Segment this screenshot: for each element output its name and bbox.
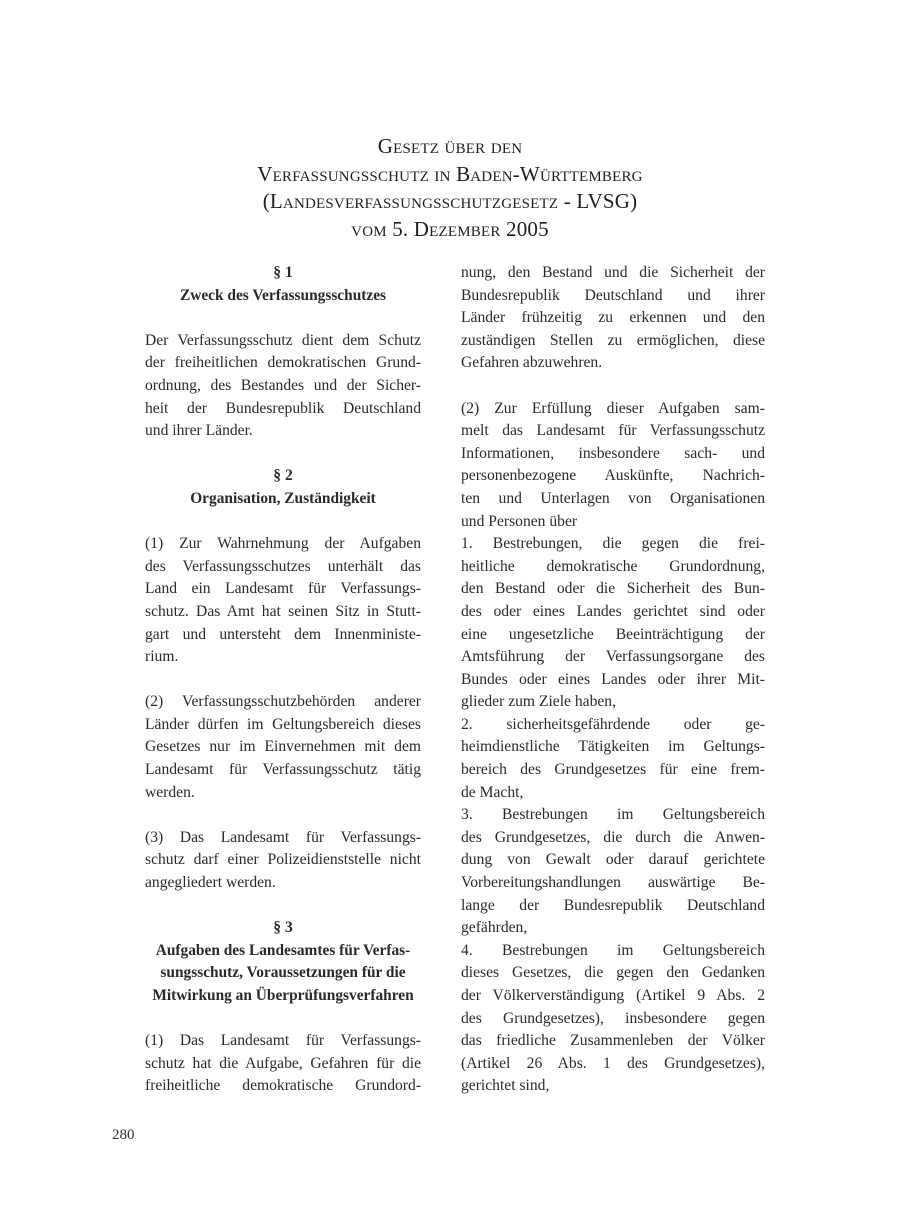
text-line: der Völkerverständigung (Artikel 9 Abs. … bbox=[461, 985, 765, 1008]
text-line: melt das Landesamt für Verfassungsschutz bbox=[461, 420, 765, 443]
text-line: ten und Unterlagen von Organisationen bbox=[461, 488, 765, 511]
text-line: 4. Bestrebungen im Geltungsbereich bbox=[461, 940, 765, 963]
text-line: (1) Zur Wahrnehmung der Aufgaben bbox=[145, 533, 421, 556]
section-title: sungsschutz, Voraussetzungen für die bbox=[145, 962, 421, 985]
text-line: glieder zum Ziele haben, bbox=[461, 691, 765, 714]
text-line: Gefahren abzuwehren. bbox=[461, 352, 765, 375]
right-column: nung, den Bestand und die Sicherheit der… bbox=[461, 262, 765, 1098]
paragraph: (2) Verfassungsschutzbehörden anderer Lä… bbox=[145, 691, 421, 804]
text-line: rium. bbox=[145, 646, 421, 669]
text-line: Vorbereitungshandlungen auswärtige Be- bbox=[461, 872, 765, 895]
list-item: 1. Bestrebungen, die gegen die frei- hei… bbox=[461, 533, 765, 714]
text-line: gerichtet sind, bbox=[461, 1075, 765, 1098]
text-line: Amtsführung der Verfassungsorgane des bbox=[461, 646, 765, 669]
page-number: 280 bbox=[112, 1127, 135, 1144]
text-line: 2. sicherheitsgefährdende oder ge- bbox=[461, 714, 765, 737]
section-title: Organisation, Zuständigkeit bbox=[145, 488, 421, 511]
text-line: Länder frühzeitig zu erkennen und den bbox=[461, 307, 765, 330]
text-line: (2) Verfassungsschutzbehörden anderer bbox=[145, 691, 421, 714]
text-line: 1. Bestrebungen, die gegen die frei- bbox=[461, 533, 765, 556]
text-line: (1) Das Landesamt für Verfassungs- bbox=[145, 1030, 421, 1053]
text-line: das friedliche Zusammenleben der Völker bbox=[461, 1030, 765, 1053]
paragraph: (1) Das Landesamt für Verfassungs- schut… bbox=[145, 1030, 421, 1098]
text-line: bereich des Grundgesetzes für eine frem- bbox=[461, 759, 765, 782]
paragraph: Der Verfassungsschutz dient dem Schutz d… bbox=[145, 330, 421, 443]
text-line: und ihrer Länder. bbox=[145, 420, 421, 443]
text-line: der freiheitlichen demokratischen Grund- bbox=[145, 352, 421, 375]
left-column: § 1 Zweck des Verfassungsschutzes Der Ve… bbox=[145, 262, 421, 1098]
paragraph: (1) Zur Wahrnehmung der Aufgaben des Ver… bbox=[145, 533, 421, 669]
text-line: Land ein Landesamt für Verfassungs- bbox=[145, 578, 421, 601]
title-line: (Landesverfassungsschutzgesetz - LVSG) bbox=[0, 188, 900, 216]
title-line: vom 5. Dezember 2005 bbox=[0, 216, 900, 244]
section-title: Aufgaben des Landesamtes für Verfas- bbox=[145, 940, 421, 963]
text-line: freiheitliche demokratische Grundord- bbox=[145, 1075, 421, 1098]
paragraph: nung, den Bestand und die Sicherheit der… bbox=[461, 262, 765, 375]
text-line: angegliedert werden. bbox=[145, 872, 421, 895]
text-line: des Verfassungsschutzes unterhält das bbox=[145, 556, 421, 579]
text-line: dieses Gesetzes, die gegen den Gedanken bbox=[461, 962, 765, 985]
text-line: 3. Bestrebungen im Geltungsbereich bbox=[461, 804, 765, 827]
text-line: gefährden, bbox=[461, 917, 765, 940]
text-line: eine ungesetzliche Beeinträchtigung der bbox=[461, 624, 765, 647]
text-line: den Bestand oder die Sicherheit des Bun- bbox=[461, 578, 765, 601]
text-line: des Grundgesetzes, die durch die Anwen- bbox=[461, 827, 765, 850]
text-line: de Macht, bbox=[461, 782, 765, 805]
section-number: § 3 bbox=[145, 917, 421, 940]
text-line: schutz darf einer Polizeidienststelle ni… bbox=[145, 849, 421, 872]
text-line: des Grundgesetzes), insbesondere gegen bbox=[461, 1008, 765, 1031]
text-line: gart und untersteht dem Innenministe- bbox=[145, 624, 421, 647]
text-line: nung, den Bestand und die Sicherheit der bbox=[461, 262, 765, 285]
list-item: 2. sicherheitsgefährdende oder ge- heimd… bbox=[461, 714, 765, 804]
text-line: Länder dürfen im Geltungsbereich dieses bbox=[145, 714, 421, 737]
text-line: heimdienstliche Tätigkeiten im Geltungs- bbox=[461, 736, 765, 759]
text-line: Bundes oder eines Landes oder ihrer Mit- bbox=[461, 669, 765, 692]
text-line: heitliche demokratische Grundordnung, bbox=[461, 556, 765, 579]
text-line: heit der Bundesrepublik Deutschland bbox=[145, 398, 421, 421]
text-line: Informationen, insbesondere sach- und bbox=[461, 443, 765, 466]
text-line: ordnung, des Bestandes und der Sicher- bbox=[145, 375, 421, 398]
section-title: Mitwirkung an Überprüfungsverfahren bbox=[145, 985, 421, 1008]
paragraph: (3) Das Landesamt für Verfassungs- schut… bbox=[145, 827, 421, 895]
text-line: schutz hat die Aufgabe, Gefahren für die bbox=[145, 1053, 421, 1076]
section-number: § 2 bbox=[145, 465, 421, 488]
text-line: personenbezogene Auskünfte, Nachrich- bbox=[461, 465, 765, 488]
text-line: und Personen über bbox=[461, 511, 765, 534]
text-line: schutz. Das Amt hat seinen Sitz in Stutt… bbox=[145, 601, 421, 624]
section-number: § 1 bbox=[145, 262, 421, 285]
title-line: Verfassungsschutz in Baden-Württemberg bbox=[0, 161, 900, 189]
text-line: Gesetzes nur im Einvernehmen mit dem bbox=[145, 736, 421, 759]
text-line: (2) Zur Erfüllung dieser Aufgaben sam- bbox=[461, 398, 765, 421]
text-line: Der Verfassungsschutz dient dem Schutz bbox=[145, 330, 421, 353]
text-line: Bundesrepublik Deutschland und ihrer bbox=[461, 285, 765, 308]
section-title: Zweck des Verfassungsschutzes bbox=[145, 285, 421, 308]
paragraph: (2) Zur Erfüllung dieser Aufgaben sam- m… bbox=[461, 398, 765, 534]
text-line: lange der Bundesrepublik Deutschland bbox=[461, 895, 765, 918]
text-line: zuständigen Stellen zu ermöglichen, dies… bbox=[461, 330, 765, 353]
document-title: Gesetz über den Verfassungsschutz in Bad… bbox=[0, 133, 900, 243]
text-line: Landesamt für Verfassungsschutz tätig bbox=[145, 759, 421, 782]
text-line: (Artikel 26 Abs. 1 des Grundgesetzes), bbox=[461, 1053, 765, 1076]
text-line: dung von Gewalt oder darauf gerichtete bbox=[461, 849, 765, 872]
title-line: Gesetz über den bbox=[0, 133, 900, 161]
list-item: 4. Bestrebungen im Geltungsbereich diese… bbox=[461, 940, 765, 1098]
text-line: werden. bbox=[145, 782, 421, 805]
list-item: 3. Bestrebungen im Geltungsbereich des G… bbox=[461, 804, 765, 940]
text-line: des oder eines Landes gerichtet sind ode… bbox=[461, 601, 765, 624]
text-line: (3) Das Landesamt für Verfassungs- bbox=[145, 827, 421, 850]
